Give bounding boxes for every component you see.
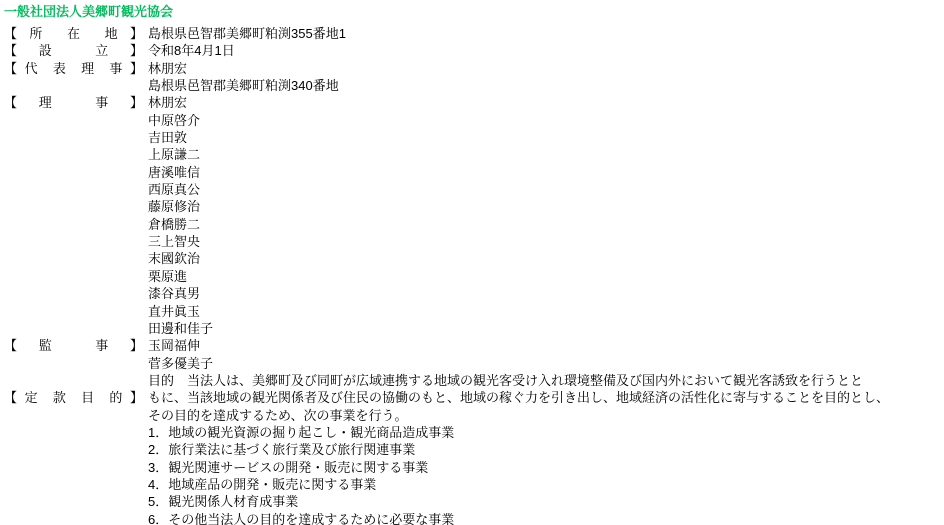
field-label-text — [4, 129, 143, 146]
field-label — [4, 355, 143, 372]
field-label — [4, 441, 143, 458]
field-value: 6．その他当法人の目的を達成するために必要な事業 — [148, 511, 454, 525]
doc-line: 【理事】林朋宏 — [4, 94, 944, 111]
doc-line: 唐溪唯信 — [4, 164, 944, 181]
field-label: 【代表理事】 — [4, 60, 143, 77]
field-label — [4, 112, 143, 129]
doc-line: 漆谷真男 — [4, 285, 944, 302]
field-value: 西原真公 — [148, 181, 200, 198]
doc-line: 島根県邑智郡美郷町粕渕340番地 — [4, 77, 944, 94]
field-value: 栗原進 — [148, 268, 187, 285]
field-value: 田邊和佳子 — [148, 320, 213, 337]
field-label — [4, 268, 143, 285]
field-value: 菅多優美子 — [148, 355, 213, 372]
doc-line: 西原真公 — [4, 181, 944, 198]
field-label — [4, 511, 143, 525]
field-value: 玉岡福伸 — [148, 337, 200, 354]
bracket-open-char: 【 — [4, 94, 17, 111]
field-value: 林朋宏 — [148, 60, 187, 77]
field-value: 上原謙二 — [148, 146, 200, 163]
field-label — [4, 164, 143, 181]
field-label-text — [4, 511, 143, 525]
field-label-text — [4, 164, 143, 181]
field-value: 5．観光関係人材育成事業 — [148, 493, 298, 510]
field-label — [4, 476, 143, 493]
doc-line: 【所在地】島根県邑智郡美郷町粕渕355番地1 — [4, 25, 944, 42]
doc-line: 6．その他当法人の目的を達成するために必要な事業 — [4, 511, 944, 525]
field-label-text — [4, 303, 143, 320]
field-value: その目的を達成するため、次の事業を行う。 — [148, 407, 407, 424]
doc-line: 直井眞玉 — [4, 303, 944, 320]
doc-line: 1．地域の観光資源の掘り起こし・観光商品造成事業 — [4, 424, 944, 441]
field-value: 中原啓介 — [148, 112, 200, 129]
bracket-close-char: 】 — [130, 337, 143, 354]
field-label: 【定款目的】 — [4, 389, 143, 406]
bracket-open-char: 【 — [4, 60, 17, 77]
field-label-text — [4, 181, 143, 198]
doc-line: 上原謙二 — [4, 146, 944, 163]
field-label-text — [4, 233, 143, 250]
doc-line: 藤原修治 — [4, 198, 944, 215]
doc-line: 【設立】令和8年4月1日 — [4, 42, 944, 59]
field-label — [4, 181, 143, 198]
field-label — [4, 129, 143, 146]
doc-line: 菅多優美子 — [4, 355, 944, 372]
field-label-text — [4, 285, 143, 302]
doc-line: 末國欽治 — [4, 250, 944, 267]
field-label-text — [4, 320, 143, 337]
doc-line: 【代表理事】林朋宏 — [4, 60, 944, 77]
doc-line: 4．地域産品の開発・販売に関する事業 — [4, 476, 944, 493]
doc-line: 吉田敦 — [4, 129, 944, 146]
field-label: 【所在地】 — [4, 25, 143, 42]
field-value: 令和8年4月1日 — [148, 42, 235, 59]
field-label: 【設立】 — [4, 42, 143, 59]
field-label-text — [4, 493, 143, 510]
field-label — [4, 285, 143, 302]
association-document: 一般社団法人美郷町観光協会 【所在地】島根県邑智郡美郷町粕渕355番地1 【設立… — [0, 0, 944, 525]
field-value: 吉田敦 — [148, 129, 187, 146]
field-label-text — [4, 372, 143, 389]
field-value: 林朋宏 — [148, 94, 187, 111]
field-label — [4, 424, 143, 441]
field-label — [4, 459, 143, 476]
field-value: 島根県邑智郡美郷町粕渕355番地1 — [148, 25, 346, 42]
field-label-text — [4, 198, 143, 215]
field-label — [4, 198, 143, 215]
bracket-open-char: 【 — [4, 337, 17, 354]
field-value: 3．観光関連サービスの開発・販売に関する事業 — [148, 459, 428, 476]
info-list: 【所在地】島根県邑智郡美郷町粕渕355番地1 【設立】令和8年4月1日 【代表理… — [4, 25, 944, 525]
field-value: 倉橋勝二 — [148, 216, 200, 233]
field-value: 2．旅行業法に基づく旅行業及び旅行関連事業 — [148, 441, 415, 458]
field-label-text — [4, 407, 143, 424]
field-value: 目的 当法人は、美郷町及び同町が広域連携する地域の観光客受け入れ環境整備及び国内… — [148, 372, 863, 389]
doc-line: 三上智央 — [4, 233, 944, 250]
doc-line: 目的 当法人は、美郷町及び同町が広域連携する地域の観光客受け入れ環境整備及び国内… — [4, 372, 944, 389]
field-label-text — [4, 216, 143, 233]
bracket-open-char: 【 — [4, 42, 17, 59]
doc-line: 3．観光関連サービスの開発・販売に関する事業 — [4, 459, 944, 476]
doc-line: その目的を達成するため、次の事業を行う。 — [4, 407, 944, 424]
field-label — [4, 250, 143, 267]
field-label: 【監事】 — [4, 337, 143, 354]
field-label — [4, 303, 143, 320]
field-label — [4, 77, 143, 94]
field-value: 1．地域の観光資源の掘り起こし・観光商品造成事業 — [148, 424, 454, 441]
field-value: 三上智央 — [148, 233, 200, 250]
field-value: もに、当該地域の観光関係者及び住民の協働のもと、地域の稼ぐ力を引き出し、地域経済… — [148, 389, 889, 406]
field-label-text — [4, 355, 143, 372]
field-label — [4, 320, 143, 337]
field-label — [4, 146, 143, 163]
bracket-open-char: 【 — [4, 389, 17, 406]
field-label-text — [4, 424, 143, 441]
field-label — [4, 233, 143, 250]
field-label-text — [4, 268, 143, 285]
field-label — [4, 372, 143, 389]
bracket-close-char: 】 — [130, 60, 143, 77]
field-value: 島根県邑智郡美郷町粕渕340番地 — [148, 77, 339, 94]
field-label-text: 理事 — [17, 94, 130, 111]
field-value: 唐溪唯信 — [148, 164, 200, 181]
field-value: 藤原修治 — [148, 198, 200, 215]
doc-line: 【定款目的】もに、当該地域の観光関係者及び住民の協働のもと、地域の稼ぐ力を引き出… — [4, 389, 944, 406]
field-label-text — [4, 476, 143, 493]
bracket-close-char: 】 — [130, 389, 143, 406]
field-label-text: 監事 — [17, 337, 130, 354]
field-value: 直井眞玉 — [148, 303, 200, 320]
field-label-text: 所在地 — [17, 25, 130, 42]
bracket-close-char: 】 — [130, 42, 143, 59]
bracket-close-char: 】 — [130, 25, 143, 42]
field-label-text: 代表理事 — [17, 60, 130, 77]
doc-line: 田邊和佳子 — [4, 320, 944, 337]
field-label — [4, 493, 143, 510]
field-value: 4．地域産品の開発・販売に関する事業 — [148, 476, 376, 493]
page-title: 一般社団法人美郷町観光協会 — [4, 3, 944, 20]
doc-line: 2．旅行業法に基づく旅行業及び旅行関連事業 — [4, 441, 944, 458]
bracket-close-char: 】 — [130, 94, 143, 111]
doc-line: 倉橋勝二 — [4, 216, 944, 233]
doc-line: 【監事】玉岡福伸 — [4, 337, 944, 354]
field-label: 【理事】 — [4, 94, 143, 111]
field-label-text — [4, 250, 143, 267]
field-label-text — [4, 112, 143, 129]
doc-line: 中原啓介 — [4, 112, 944, 129]
field-label-text — [4, 459, 143, 476]
field-label-text — [4, 77, 143, 94]
doc-line: 5．観光関係人材育成事業 — [4, 493, 944, 510]
doc-line: 栗原進 — [4, 268, 944, 285]
field-label-text — [4, 441, 143, 458]
field-label — [4, 216, 143, 233]
bracket-open-char: 【 — [4, 25, 17, 42]
field-label-text: 定款目的 — [17, 389, 130, 406]
field-value: 漆谷真男 — [148, 285, 200, 302]
field-label-text — [4, 146, 143, 163]
field-value: 末國欽治 — [148, 250, 200, 267]
field-label — [4, 407, 143, 424]
field-label-text: 設立 — [17, 42, 130, 59]
